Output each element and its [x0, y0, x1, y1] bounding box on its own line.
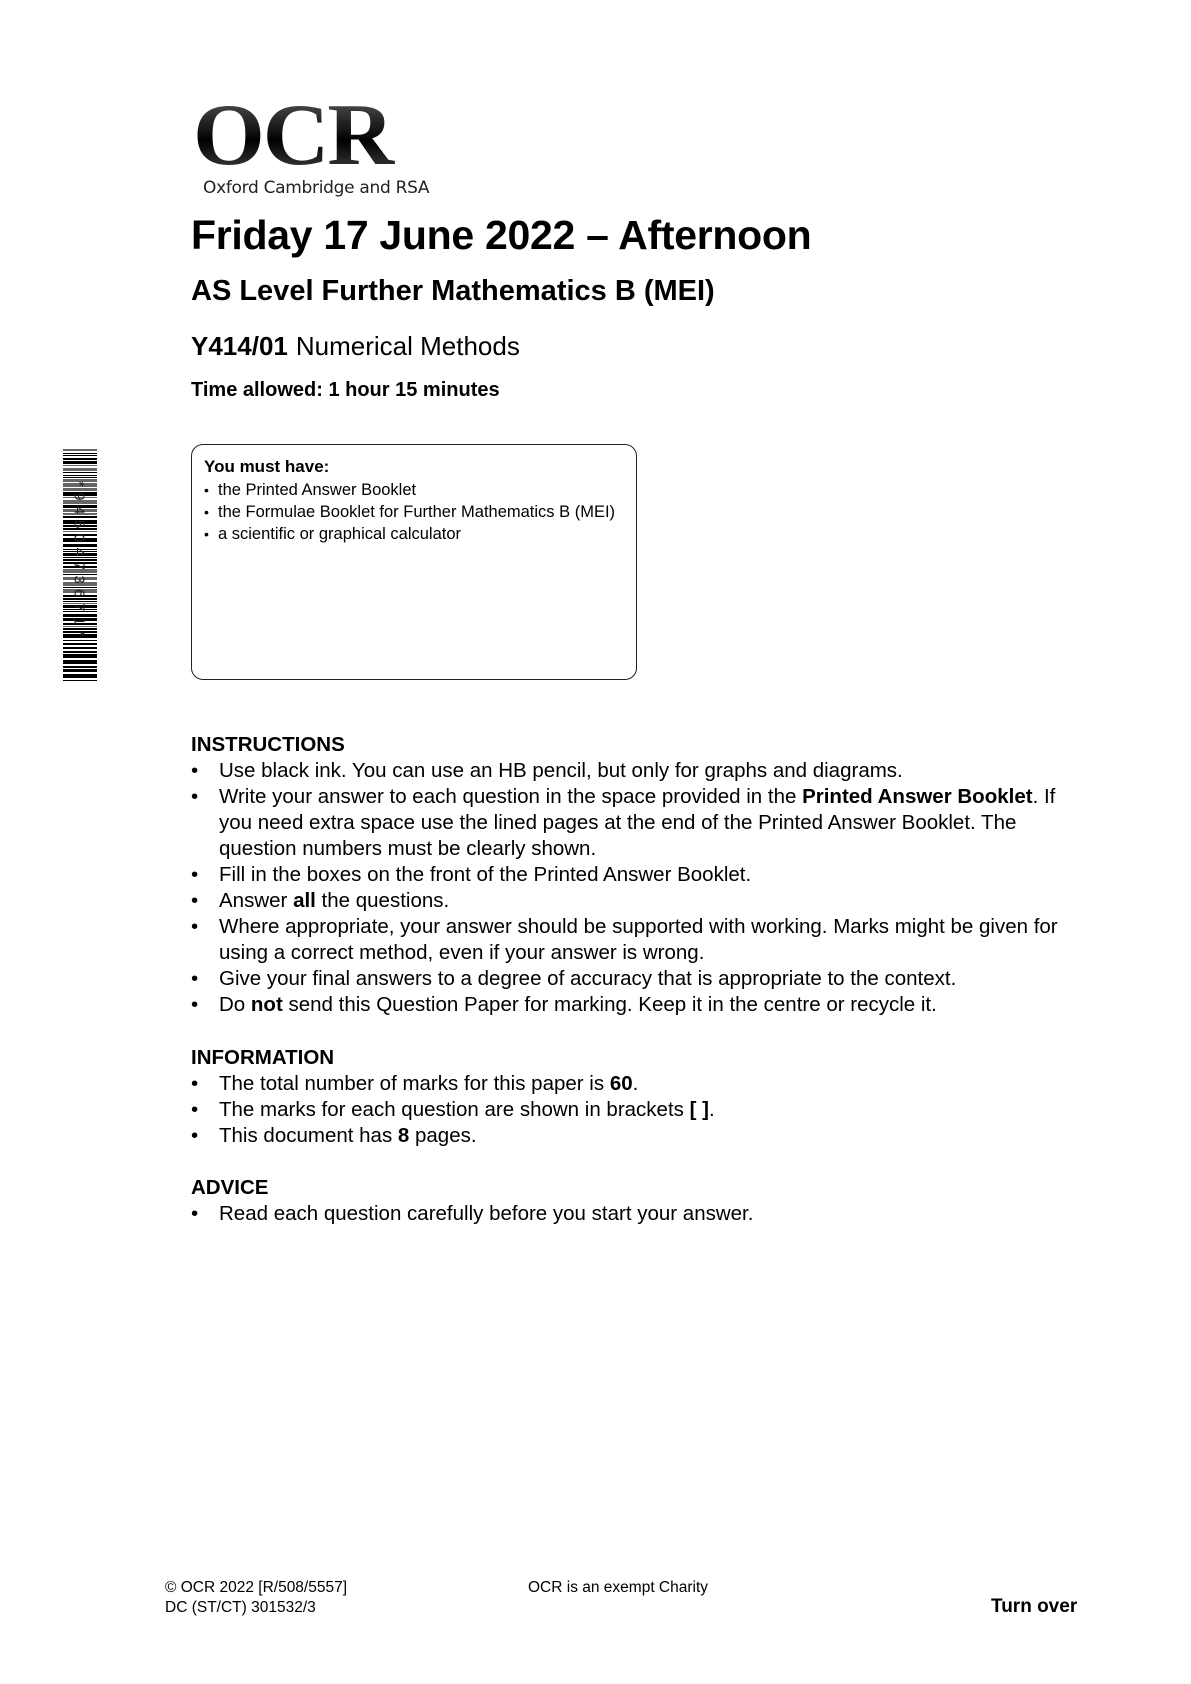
list-item: Use black ink. You can use an HB pencil,… [191, 758, 1091, 784]
information-heading: INFORMATION [191, 1045, 1091, 1071]
list-item: Do not send this Question Paper for mark… [191, 992, 1091, 1018]
instructions-heading: INSTRUCTIONS [191, 732, 1091, 758]
advice-section: ADVICE Read each question carefully befo… [191, 1175, 1091, 1227]
time-allowed: Time allowed: 1 hour 15 minutes [191, 379, 500, 402]
advice-list: Read each question carefully before you … [191, 1201, 1091, 1227]
list-item: The marks for each question are shown in… [191, 1097, 1091, 1123]
list-item: Answer all the questions. [191, 888, 1091, 914]
list-item: Read each question carefully before you … [191, 1201, 1091, 1227]
document-code: DC (ST/CT) 301532/3 [165, 1598, 347, 1618]
you-must-have-heading: You must have: [204, 457, 624, 477]
list-item: Give your final answers to a degree of a… [191, 966, 1091, 992]
qualification-title: AS Level Further Mathematics B (MEI) [191, 275, 715, 308]
list-item: The total number of marks for this paper… [191, 1071, 1091, 1097]
must-have-item: the Formulae Booklet for Further Mathema… [204, 501, 624, 523]
list-item: Write your answer to each question in th… [191, 784, 1091, 862]
advice-heading: ADVICE [191, 1175, 1091, 1201]
unit-name: Numerical Methods [296, 331, 520, 361]
barcode-text: *9450473671* [71, 447, 88, 677]
ocr-logo: OCR Oxford Cambridge and RSA [193, 96, 453, 198]
logo-mark: OCR [193, 96, 466, 176]
list-item: Fill in the boxes on the front of the Pr… [191, 862, 1091, 888]
list-item: Where appropriate, your answer should be… [191, 914, 1091, 966]
must-have-item: a scientific or graphical calculator [204, 523, 624, 545]
information-list: The total number of marks for this paper… [191, 1071, 1091, 1149]
must-have-item: the Printed Answer Booklet [204, 479, 624, 501]
information-section: INFORMATION The total number of marks fo… [191, 1045, 1091, 1149]
list-item: This document has 8 pages. [191, 1123, 1091, 1149]
exam-date-title: Friday 17 June 2022 – Afternoon [191, 212, 811, 259]
unit-code: Y414/01 [191, 331, 288, 361]
you-must-have-list: the Printed Answer Bookletthe Formulae B… [204, 479, 624, 545]
unit-line: Y414/01Numerical Methods [191, 331, 520, 362]
copyright-text: © OCR 2022 [R/508/5557] [165, 1578, 347, 1598]
footer-left: © OCR 2022 [R/508/5557] DC (ST/CT) 30153… [165, 1578, 347, 1618]
you-must-have-box: You must have: the Printed Answer Bookle… [191, 444, 637, 680]
turn-over-text: Turn over [991, 1596, 1077, 1618]
instructions-list: Use black ink. You can use an HB pencil,… [191, 758, 1091, 1018]
charity-text: OCR is an exempt Charity [528, 1578, 708, 1598]
instructions-section: INSTRUCTIONS Use black ink. You can use … [191, 732, 1091, 1018]
barcode: *9450473671* [52, 449, 98, 681]
